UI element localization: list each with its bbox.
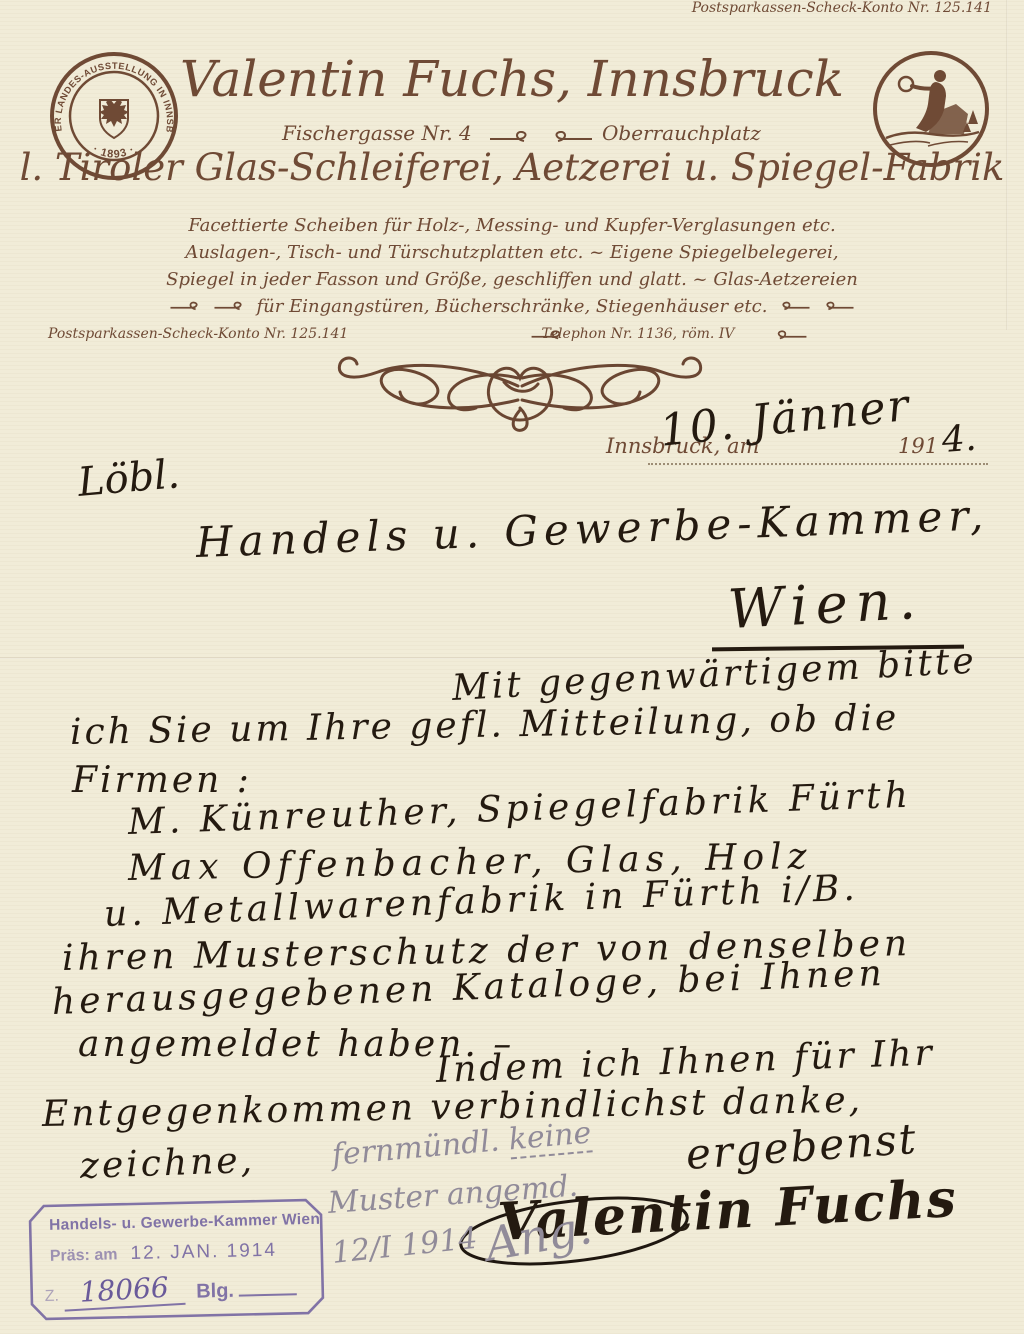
postal-account-left: Postsparkassen-Scheck-Konto Nr. 125.141 xyxy=(48,326,348,342)
description-line: Auslagen-, Tisch- und Türschutzplatten e… xyxy=(0,239,1024,266)
postal-account-right: Postsparkassen-Scheck-Konto Nr. 125.141 xyxy=(692,0,992,16)
stamp-date: 12. JAN. 1914 xyxy=(130,1240,277,1264)
stamp-received-label: Präs: am xyxy=(50,1246,118,1265)
pencil-word: fernmündl. xyxy=(330,1123,500,1173)
company-title: Valentin Fuchs, Innsbruck xyxy=(0,50,1024,108)
recipient-line: Handels u. Gewerbe-Kammer, xyxy=(195,490,990,567)
closing-word: ergebenst xyxy=(684,1114,919,1179)
swirl-ornament-icon xyxy=(169,301,203,313)
recipient-city: Wien. xyxy=(726,568,925,641)
closing-left: zeichne, xyxy=(79,1140,255,1187)
stamp-number-label: Z. xyxy=(45,1288,60,1305)
dateline-printed-year: 191 xyxy=(898,434,938,458)
stamp-enclosure-label: Blg. xyxy=(196,1280,234,1303)
company-subtitle: l. Tiroler Glas-Schleiferei, Aetzerei u.… xyxy=(0,146,1024,189)
stamp-number-handwritten: 18066 xyxy=(63,1270,186,1312)
swirl-ornament-icon xyxy=(772,330,808,342)
salutation: Löbl. xyxy=(76,451,181,506)
address-right: Oberrauchplatz xyxy=(602,121,761,145)
stamp-blank-line xyxy=(239,1279,297,1296)
address-left: Fischergasse Nr. 4 xyxy=(282,121,472,145)
telephone-number: Telephon Nr. 1136, röm. IV xyxy=(542,326,735,342)
description-line: Spiegel in jeder Fasson und Größe, gesch… xyxy=(0,266,1024,293)
dateline-handwritten-year-digit: 4. xyxy=(941,418,978,461)
description-line-row: für Eingangstüren, Bücherschränke, Stieg… xyxy=(0,293,1024,320)
date-dotted-line xyxy=(648,463,988,465)
letter-document: TIROLER LANDES-AUSSTELLUNG IN INNSBRUCK … xyxy=(0,0,1024,1334)
swirl-ornament-icon xyxy=(488,131,534,145)
body-line: Firmen : xyxy=(72,760,252,801)
swirl-ornament-icon xyxy=(548,131,594,145)
swirl-ornament-icon xyxy=(213,301,247,313)
stamp-number-row: Z. 18066 Blg. xyxy=(44,1269,297,1310)
body-line: ich Sie um Ihre gefl. Mitteilung, ob die xyxy=(70,698,900,753)
description-line: Facettierte Scheiben für Holz-, Messing-… xyxy=(0,212,1024,239)
swirl-ornament-icon xyxy=(821,301,855,313)
receipt-stamp: Handels- u. Gewerbe-Kammer Wien Präs: am… xyxy=(27,1197,328,1324)
description-line: für Eingangstüren, Bücherschränke, Stieg… xyxy=(257,293,768,320)
pencil-word-underlined: keine xyxy=(507,1115,593,1159)
swirl-ornament-icon xyxy=(777,301,811,313)
